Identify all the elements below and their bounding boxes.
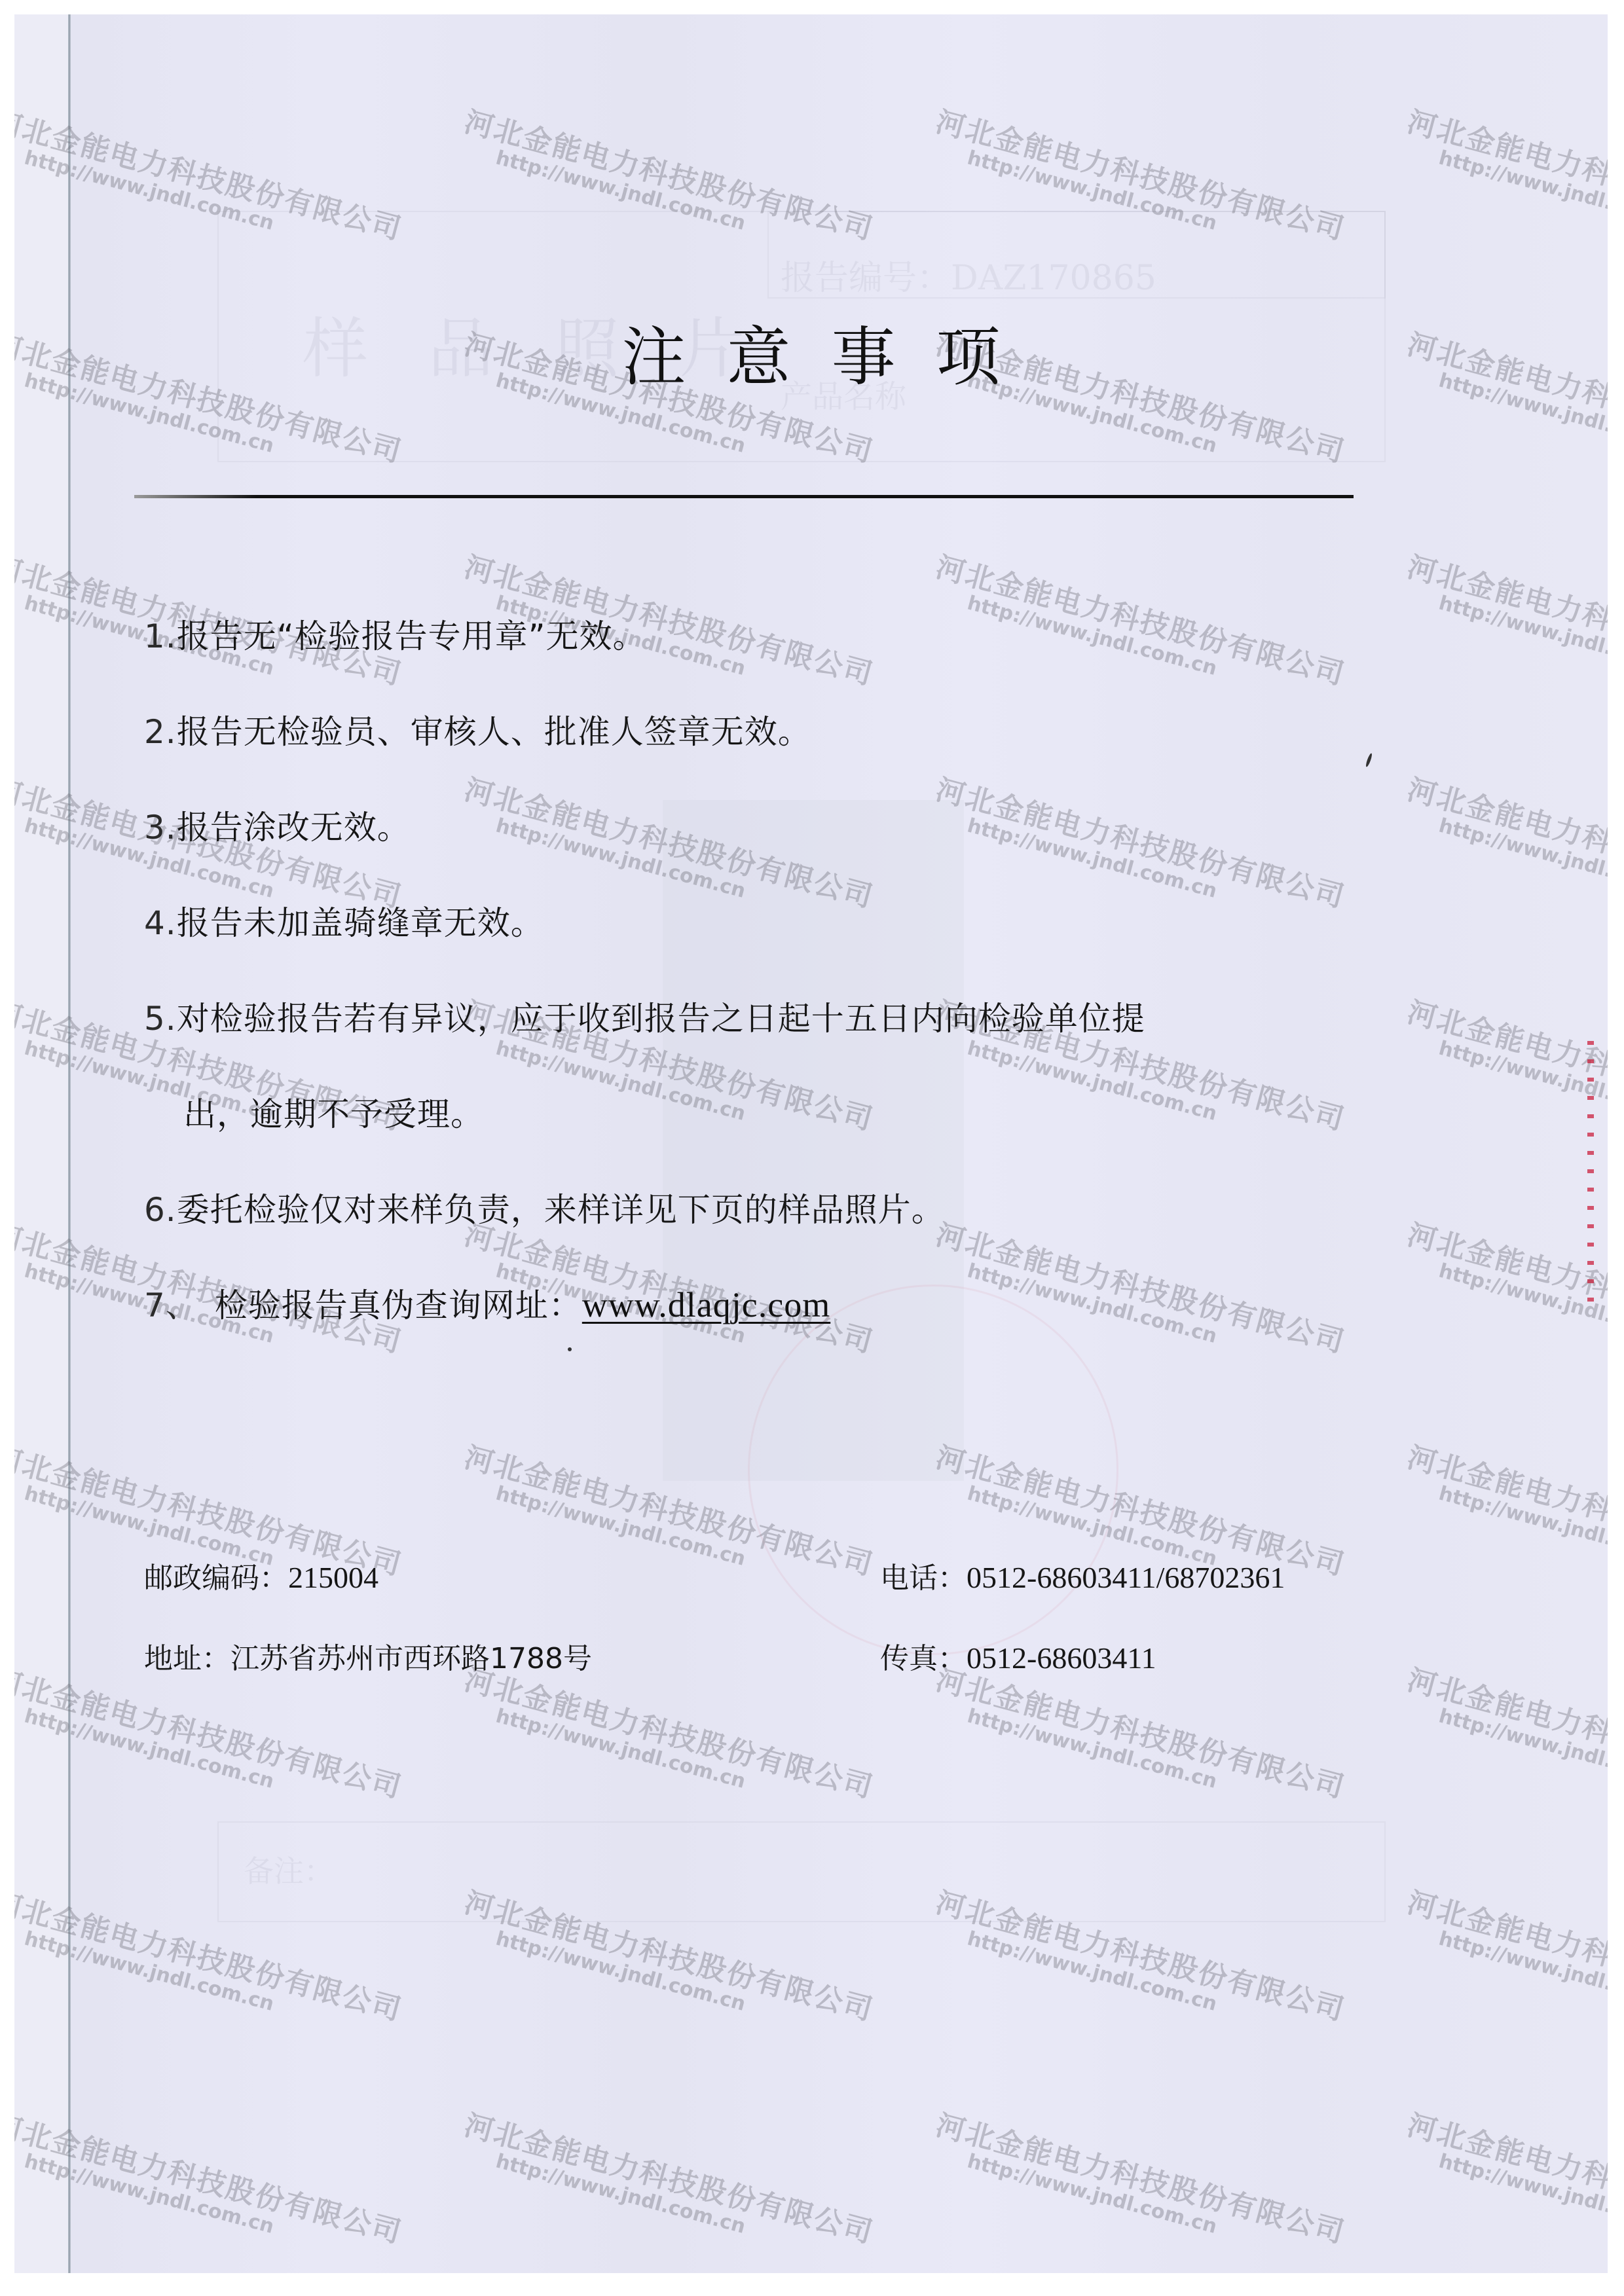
note-text: 报告未加盖骑缝章无效。 (177, 904, 544, 942)
note-item-6: 6.委托检验仅对来样负责，来样详见下页的样品照片。 (144, 1184, 945, 1231)
note-number: 5. (144, 1000, 177, 1038)
watermark-company: 河北金能电力科技股份有限公司 (1403, 1879, 1608, 2028)
note-item-2: 2.报告无检验员、审核人、批准人签章无效。 (144, 706, 811, 753)
watermark-company: 河北金能电力科技股份有限公司 (1403, 1434, 1608, 1583)
watermark: 河北金能电力科技股份有限公司http://www.jndl.com.cn (1398, 1656, 1608, 1825)
watermark-url: http://www.jndl.com.cn (965, 1927, 1340, 2048)
note-text: 报告无“检验报告专用章”无效。 (177, 617, 646, 655)
postcode: 邮政编码：215004 (144, 1554, 378, 1596)
watermark-url: http://www.jndl.com.cn (965, 1036, 1340, 1157)
watermark-url: http://www.jndl.com.cn (1436, 1036, 1608, 1157)
fax: 传真：0512-68603411 (880, 1635, 1156, 1677)
watermark-url: http://www.jndl.com.cn (1436, 814, 1608, 935)
watermark-url: http://www.jndl.com.cn (965, 814, 1340, 935)
note-item-5-continuation: 出，逾期不予受理。 (183, 1088, 484, 1135)
watermark: 河北金能电力科技股份有限公司http://www.jndl.com.cn (927, 766, 1350, 935)
watermark-url: http://www.jndl.com.cn (1436, 2149, 1608, 2270)
note-text: 检验报告真伪查询网址： (215, 1286, 582, 1324)
address-label: 地址： (144, 1642, 231, 1675)
straddle-seal-fragment (1587, 1041, 1594, 1316)
watermark-company: 河北金能电力科技股份有限公司 (460, 1656, 879, 1806)
note-text: 对检验报告若有异议，应于收到报告之日起十五日内向检验单位提 (177, 1000, 1145, 1038)
address-value: 江苏省苏州市西环路1788号 (231, 1642, 592, 1675)
paper-speck (568, 1347, 572, 1351)
watermark-company: 河北金能电力科技股份有限公司 (14, 1656, 407, 1806)
watermark: 河北金能电力科技股份有限公司http://www.jndl.com.cn (1398, 1879, 1608, 2048)
watermark: 河北金能电力科技股份有限公司http://www.jndl.com.cn (14, 2102, 407, 2270)
phone-value: 0512-68603411/68702361 (967, 1561, 1285, 1594)
note-item-1: 1.报告无“检验报告专用章”无效。 (144, 610, 646, 657)
note-number: 7、 (144, 1286, 199, 1324)
ghost-report-no: 报告编号：DAZ170865 (781, 250, 1156, 299)
watermark: 河北金能电力科技股份有限公司http://www.jndl.com.cn (1398, 543, 1608, 712)
fax-label: 传真： (880, 1642, 967, 1675)
watermark: 河北金能电力科技股份有限公司http://www.jndl.com.cn (1398, 989, 1608, 1157)
note-text: 报告涂改无效。 (177, 809, 411, 847)
watermark-url: http://www.jndl.com.cn (1436, 1259, 1608, 1380)
watermark-url: http://www.jndl.com.cn (965, 591, 1340, 712)
note-number: 3. (144, 809, 177, 847)
watermark-company: 河北金能电力科技股份有限公司 (1403, 98, 1608, 247)
ghost-remark: 备注： (244, 1848, 334, 1891)
watermark-company: 河北金能电力科技股份有限公司 (1403, 1656, 1608, 1806)
ghost-seal (748, 1285, 1118, 1655)
note-item-3: 3.报告涂改无效。 (144, 801, 411, 848)
postcode-label: 邮政编码： (144, 1561, 288, 1595)
note-item-4: 4.报告未加盖骑缝章无效。 (144, 897, 544, 944)
address: 地址：江苏省苏州市西环路1788号 (144, 1635, 592, 1677)
paper-speck (1365, 753, 1373, 767)
watermark: 河北金能电力科技股份有限公司http://www.jndl.com.cn (1398, 766, 1608, 935)
watermark-company: 河北金能电力科技股份有限公司 (932, 2102, 1350, 2251)
fax-value: 0512-68603411 (967, 1641, 1156, 1675)
watermark-company: 河北金能电力科技股份有限公司 (932, 1656, 1350, 1806)
watermark-url: http://www.jndl.com.cn (22, 2149, 397, 2270)
ghost-remark-box (217, 1821, 1386, 1922)
watermark-company: 河北金能电力科技股份有限公司 (1403, 1211, 1608, 1360)
note-text: 报告无检验员、审核人、批准人签章无效。 (177, 713, 811, 751)
page-title: 注意事项 (14, 306, 1608, 398)
watermark: 河北金能电力科技股份有限公司http://www.jndl.com.cn (1398, 2102, 1608, 2270)
note-item-5: 5.对检验报告若有异议，应于收到报告之日起十五日内向检验单位提 (144, 993, 1145, 1040)
verification-link[interactable]: www.dlaqjc.com (582, 1285, 830, 1324)
phone: 电话：0512-68603411/68702361 (880, 1554, 1285, 1596)
watermark-url: http://www.jndl.com.cn (22, 1704, 397, 1825)
note-text: 委托检验仅对来样负责，来样详见下页的样品照片。 (177, 1191, 945, 1229)
watermark-company: 河北金能电力科技股份有限公司 (460, 2102, 879, 2251)
watermark-company: 河北金能电力科技股份有限公司 (1403, 543, 1608, 693)
watermark-url: http://www.jndl.com.cn (965, 1704, 1340, 1825)
document-page: 样 品 照 片 报告编号：DAZ170865 产品名称 备注： 河北金能电力科技… (14, 14, 1608, 2273)
watermark-url: http://www.jndl.com.cn (1436, 1704, 1608, 1825)
watermark: 河北金能电力科技股份有限公司http://www.jndl.com.cn (927, 1656, 1350, 1825)
watermark: 河北金能电力科技股份有限公司http://www.jndl.com.cn (1398, 1211, 1608, 1380)
note-item-7: 7、检验报告真伪查询网址：www.dlaqjc.com (144, 1279, 830, 1326)
watermark-url: http://www.jndl.com.cn (22, 1927, 397, 2048)
watermark-company: 河北金能电力科技股份有限公司 (1403, 2102, 1608, 2251)
postcode-value: 215004 (288, 1561, 378, 1594)
watermark-url: http://www.jndl.com.cn (1436, 591, 1608, 712)
watermark: 河北金能电力科技股份有限公司http://www.jndl.com.cn (1398, 98, 1608, 267)
watermark-company: 河北金能电力科技股份有限公司 (14, 2102, 407, 2251)
note-number: 6. (144, 1191, 177, 1229)
watermark-company: 河北金能电力科技股份有限公司 (1403, 989, 1608, 1138)
watermark-url: http://www.jndl.com.cn (493, 1927, 868, 2048)
watermark: 河北金能电力科技股份有限公司http://www.jndl.com.cn (1398, 1434, 1608, 1603)
note-number: 4. (144, 904, 177, 942)
watermark: 河北金能电力科技股份有限公司http://www.jndl.com.cn (927, 2102, 1350, 2270)
note-number: 1. (144, 617, 177, 655)
title-divider (134, 495, 1354, 498)
watermark-url: http://www.jndl.com.cn (1436, 146, 1608, 267)
watermark-company: 河北金能电力科技股份有限公司 (932, 543, 1350, 693)
note-number: 2. (144, 713, 177, 751)
watermark-url: http://www.jndl.com.cn (493, 2149, 868, 2270)
watermark-url: http://www.jndl.com.cn (1436, 1927, 1608, 2048)
watermark-company: 河北金能电力科技股份有限公司 (1403, 766, 1608, 915)
watermark: 河北金能电力科技股份有限公司http://www.jndl.com.cn (455, 1656, 879, 1825)
watermark: 河北金能电力科技股份有限公司http://www.jndl.com.cn (927, 543, 1350, 712)
watermark-url: http://www.jndl.com.cn (965, 2149, 1340, 2270)
watermark-url: http://www.jndl.com.cn (1436, 1482, 1608, 1603)
phone-label: 电话： (880, 1561, 967, 1595)
watermark-url: http://www.jndl.com.cn (493, 1704, 868, 1825)
watermark: 河北金能电力科技股份有限公司http://www.jndl.com.cn (455, 2102, 879, 2270)
watermark: 河北金能电力科技股份有限公司http://www.jndl.com.cn (14, 1656, 407, 1825)
watermark-company: 河北金能电力科技股份有限公司 (932, 766, 1350, 915)
